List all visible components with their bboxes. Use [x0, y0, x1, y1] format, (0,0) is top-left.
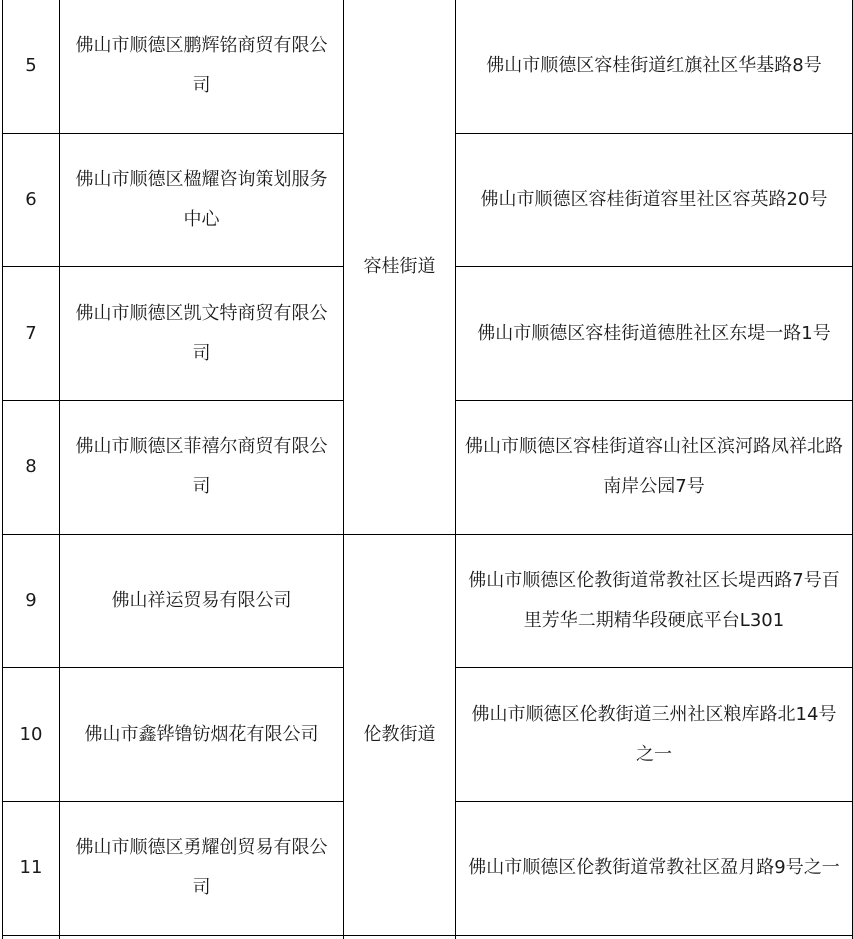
empty-cell — [3, 935, 60, 939]
row-number: 10 — [3, 668, 60, 802]
company-name: 佛山市顺德区楹耀咨询策划服务中心 — [60, 133, 344, 267]
company-name: 佛山祥运贸易有限公司 — [60, 534, 344, 668]
row-number: 11 — [3, 802, 60, 936]
company-address: 佛山市顺德区容桂街道红旗社区华基路8号 — [456, 0, 853, 133]
empty-cell — [344, 935, 456, 939]
company-address: 佛山市顺德区伦教街道三州社区粮库路北14号之一 — [456, 668, 853, 802]
company-address: 佛山市顺德区伦教街道常教社区长堤西路7号百里芳华二期精华段硬底平台L301 — [456, 534, 853, 668]
street-name: 容桂街道 — [344, 0, 456, 534]
company-name: 佛山市顺德区鹏辉铭商贸有限公司 — [60, 0, 344, 133]
row-number: 5 — [3, 0, 60, 133]
company-name: 佛山市顺德区凯文特商贸有限公司 — [60, 267, 344, 401]
company-address: 佛山市顺德区容桂街道容山社区滨河路凤祥北路南岸公园7号 — [456, 401, 853, 535]
company-name: 佛山市顺德区勇耀创贸易有限公司 — [60, 802, 344, 936]
company-address: 佛山市顺德区伦教街道常教社区盈月路9号之一 — [456, 802, 853, 936]
company-name: 佛山市顺德区菲禧尔商贸有限公司 — [60, 401, 344, 535]
company-address: 佛山市顺德区容桂街道容里社区容英路20号 — [456, 133, 853, 267]
street-name: 伦教街道 — [344, 534, 456, 935]
company-address-table: 5 佛山市顺德区鹏辉铭商贸有限公司 容桂街道 佛山市顺德区容桂街道红旗社区华基路… — [2, 0, 853, 939]
empty-cell — [456, 935, 853, 939]
company-address-table-container: 5 佛山市顺德区鹏辉铭商贸有限公司 容桂街道 佛山市顺德区容桂街道红旗社区华基路… — [2, 0, 852, 939]
table-row: 9 佛山祥运贸易有限公司 伦教街道 佛山市顺德区伦教街道常教社区长堤西路7号百里… — [3, 534, 853, 668]
table-row-partial — [3, 935, 853, 939]
row-number: 7 — [3, 267, 60, 401]
table-row: 5 佛山市顺德区鹏辉铭商贸有限公司 容桂街道 佛山市顺德区容桂街道红旗社区华基路… — [3, 0, 853, 133]
row-number: 9 — [3, 534, 60, 668]
company-name: 佛山市鑫铧镥钫烟花有限公司 — [60, 668, 344, 802]
empty-cell — [60, 935, 344, 939]
row-number: 8 — [3, 401, 60, 535]
company-address: 佛山市顺德区容桂街道德胜社区东堤一路1号 — [456, 267, 853, 401]
row-number: 6 — [3, 133, 60, 267]
